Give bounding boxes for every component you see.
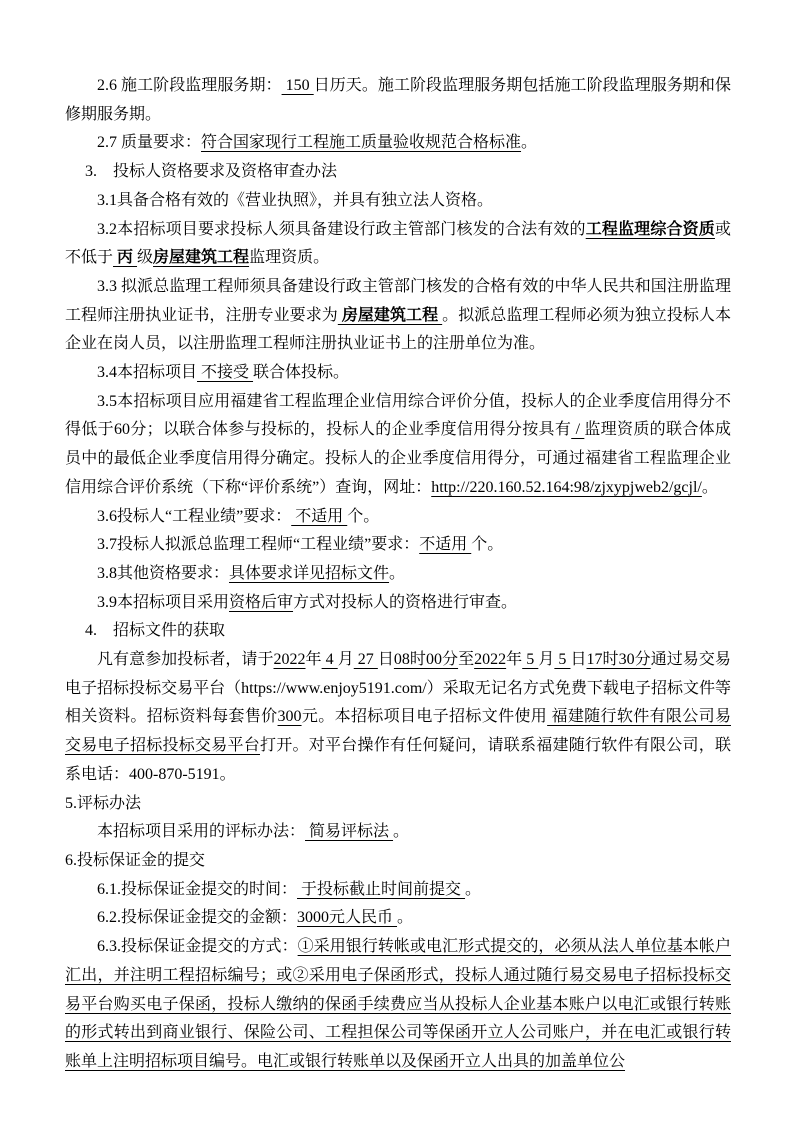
text-run: 。 [397,909,413,926]
clause-3-6: 3.6投标人“工程业绩”要求： 不适用 个。 [65,503,731,532]
filled-blank: 27 [354,651,378,668]
text-run: 6.投标保证金的提交 [65,852,205,869]
text-run: 3.2本招标项目要求投标人须具备建设行政主管部门核发的合法有效的 [97,221,586,238]
text-run: 级 [137,249,153,266]
filled-blank: 不接受 [197,364,253,381]
filled-blank: 5 [522,651,538,668]
text-run: 。 [389,565,405,582]
clause-3-4: 3.4本招标项目 不接受 联合体投标。 [65,359,731,388]
filled-blank: 工程监理综合资质 [586,221,715,238]
text-run: 监理资质。 [249,249,329,266]
text-run: 。 [702,479,718,496]
filled-blank: 300 [278,708,302,725]
text-run: 2.7 质量要求： [97,134,201,151]
text-run: 联合体投标。 [253,364,349,381]
filled-blank: ①采用银行转帐或电汇形式提交的，必须从法人单位基本帐户汇出，并注明工程招标编号；… [65,938,731,1070]
text-run: 个。 [347,508,379,525]
filled-blank: 符合国家现行工程施工质量验收规范合格标准 [201,134,521,151]
text-run: 6.1.投标保证金提交的时间： [97,881,297,898]
clause-4-body: 凡有意参加投标者，请于2022年 4 月 27 日08时00分至2022年 5 … [65,646,731,790]
text-run: 至 [458,651,474,668]
text-run: 2.6 施工阶段监理服务期： [97,77,282,94]
filled-blank: 150 [282,77,314,94]
section-3-heading: 3. 投标人资格要求及资格审查办法 [65,158,731,187]
filled-blank: 资格后审 [229,594,293,611]
text-run: 。 [521,134,537,151]
filled-blank: 房屋建筑工程 [338,307,442,324]
filled-blank: 具体要求详见招标文件 [229,565,389,582]
text-run: 年 [306,651,322,668]
clause-3-7: 3.7投标人拟派总监理工程师“工程业绩”要求：不适用 个。 [65,531,731,560]
filled-blank: / [571,421,584,438]
clause-2-6: 2.6 施工阶段监理服务期： 150 日历天。施工阶段监理服务期包括施工阶段监理… [65,72,731,129]
filled-blank: 丙 [113,249,137,266]
text-run: 年 [506,651,522,668]
text-run: 6.3.投标保证金提交的方式： [97,938,298,955]
filled-blank: 5 [554,651,570,668]
text-run: 月 [538,651,554,668]
text-run: 3. 投标人资格要求及资格审查办法 [85,163,337,180]
text-run: 月 [338,651,354,668]
filled-blank: 简易评标法 [305,823,393,840]
text-run: 3.1具备合格有效的《营业执照》，并具有独立法人资格。 [97,192,493,209]
text-run: 个。 [471,536,503,553]
clause-3-5: 3.5本招标项目应用福建省工程监理企业信用综合评价分值，投标人的企业季度信用得分… [65,388,731,503]
filled-blank: http://220.160.52.164:98/zjxypjweb2/gcjl… [431,479,702,496]
document-page: 2.6 施工阶段监理服务期： 150 日历天。施工阶段监理服务期包括施工阶段监理… [0,0,793,1122]
text-run: 3.7投标人拟派总监理工程师“工程业绩”要求： [97,536,419,553]
clause-6-2: 6.2.投标保证金提交的金额：3000元人民币 。 [65,904,731,933]
text-run: 本招标项目采用的评标办法： [97,823,305,840]
filled-blank: 不适用 [419,536,471,553]
filled-blank: 08时00分 [394,651,458,668]
text-run: 6.2.投标保证金提交的金额： [97,909,297,926]
clause-6-1: 6.1.投标保证金提交的时间： 于投标截止时间前提交 。 [65,876,731,905]
section-4-heading: 4. 招标文件的获取 [65,617,731,646]
document-body: 2.6 施工阶段监理服务期： 150 日历天。施工阶段监理服务期包括施工阶段监理… [65,72,731,1077]
text-run: 3.9本招标项目采用 [97,594,229,611]
clause-6-3: 6.3.投标保证金提交的方式：①采用银行转帐或电汇形式提交的，必须从法人单位基本… [65,933,731,1077]
section-6-heading: 6.投标保证金的提交 [65,847,731,876]
text-run: 凡有意参加投标者，请于 [97,651,274,668]
section-5-heading: 5.评标办法 [65,790,731,819]
filled-blank: 3000元人民币 [297,909,397,926]
clause-3-2: 3.2本招标项目要求投标人须具备建设行政主管部门核发的合法有效的工程监理综合资质… [65,216,731,273]
text-run: 。 [465,881,481,898]
filled-blank: 不适用 [291,508,347,525]
clause-2-7: 2.7 质量要求：符合国家现行工程施工质量验收规范合格标准。 [65,129,731,158]
filled-blank: 房屋建筑工程 [153,249,249,266]
text-run: 元。本招标项目电子招标文件使用 [302,708,548,725]
filled-blank: 17时30分 [587,651,651,668]
filled-blank: 2022 [474,651,506,668]
text-run: 日 [570,651,586,668]
clause-3-9: 3.9本招标项目采用资格后审方式对投标人的资格进行审查。 [65,589,731,618]
text-run: 3.8其他资格要求： [97,565,229,582]
filled-blank: 4 [322,651,338,668]
text-run: 3.6投标人“工程业绩”要求： [97,508,291,525]
text-run: 日 [378,651,394,668]
filled-blank: 于投标截止时间前提交 [297,881,465,898]
filled-blank: 2022 [274,651,306,668]
clause-5-body: 本招标项目采用的评标办法： 简易评标法 。 [65,818,731,847]
clause-3-8: 3.8其他资格要求：具体要求详见招标文件。 [65,560,731,589]
text-run: 5.评标办法 [65,795,141,812]
clause-3-1: 3.1具备合格有效的《营业执照》，并具有独立法人资格。 [65,187,731,216]
text-run: 方式对投标人的资格进行审查。 [293,594,517,611]
clause-3-3: 3.3 拟派总监理工程师须具备建设行政主管部门核发的合格有效的中华人民共和国注册… [65,273,731,359]
text-run: 。 [393,823,409,840]
text-run: 4. 招标文件的获取 [85,622,225,639]
text-run: 3.4本招标项目 [97,364,197,381]
